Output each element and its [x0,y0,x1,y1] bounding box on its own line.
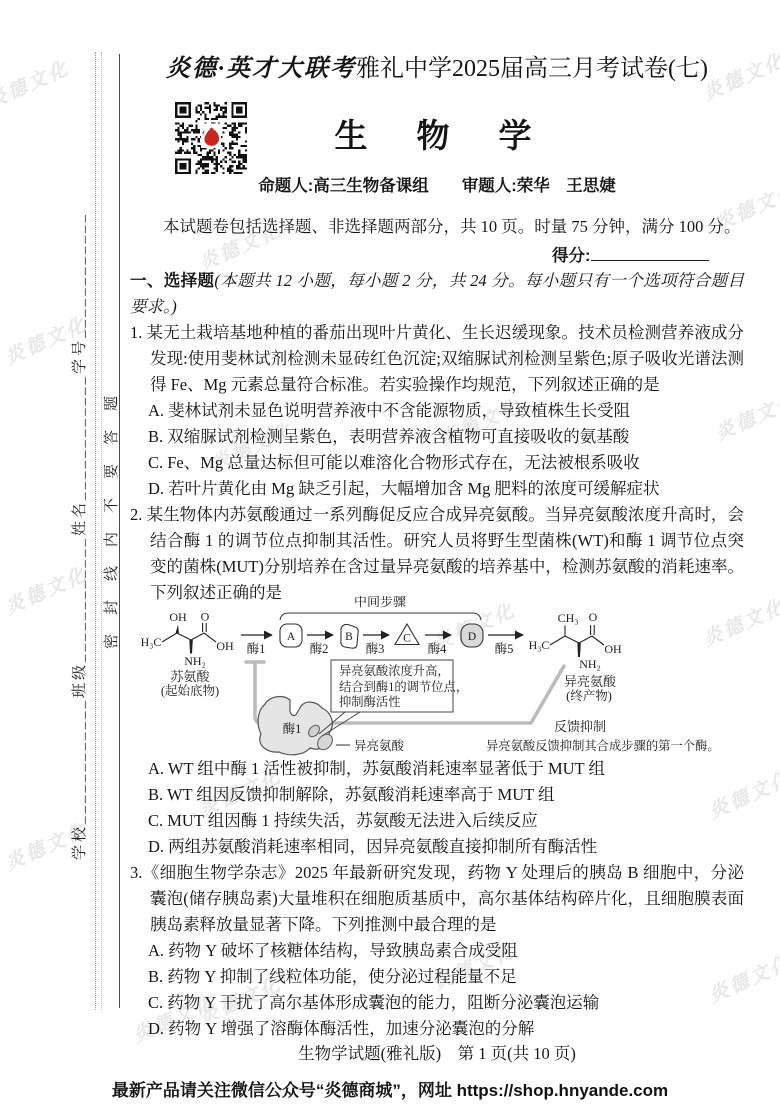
enzyme1-blob-label: 酶1 [283,721,302,736]
callout-line: 抑制酶活性 [339,694,401,709]
promo-link[interactable]: https://shop.hnyande.com [457,1081,669,1100]
page-footer: 生物学试题(雅礼版) 第 1 页(共 10 页) [130,1040,744,1064]
question-number: 2. [130,505,142,524]
atom-label: OH [216,639,234,653]
atom-label: O [589,610,598,624]
atom-label: OH [169,610,187,624]
intermediate-label: C [403,633,411,645]
subject-title: 生 物 学 [130,110,744,157]
question-stem: 2. 某生物体内苏氨酸通过一系列酶促反应合成异亮氨酸。当异亮氨酸浓度升高时，会结… [130,502,744,606]
pathway-diagram: 中间步骤 OH O H₃C OH NH₂ 苏氨酸 (起始底 [130,606,744,756]
question-1: 1. 某无土栽培基地种植的番茄出现叶片黄化、生长迟缓现象。技术员检测营养液成分发… [130,320,744,502]
question-column: 一、选择题(本题共 12 小题，每小题 2 分，共 24 分。每小题只有一个选项… [130,268,744,1042]
enzyme-label: 酶5 [495,641,514,656]
ligand-label: 异亮氨酸 [354,739,405,753]
watermark: 炎德文化 [0,53,74,113]
product-name: 异亮氨酸 [564,674,617,689]
enzyme-label: 酶4 [428,641,448,656]
score-blank [591,245,709,261]
exam-intro: 本试题卷包括选择题、非选择题两部分，共 10 页。时量 75 分钟，满分 100… [130,213,770,237]
option-b: B. 药物 Y 抑制了线粒体功能，使分泌过程能量不足 [130,964,744,990]
option-d: D. 若叶片黄化由 Mg 缺乏引起，大幅增加含 Mg 肥料的浓度可缓解症状 [130,476,744,502]
exam-title-rest: 雅礼中学2025届高三月考试卷(七) [356,56,708,82]
enzyme-label: 酶2 [310,641,329,656]
mid-steps-brace [280,613,481,620]
section-note: (本题共 12 小题，每小题 2 分，共 24 分。每小题只有一个选项符合题目要… [130,271,744,316]
atom-label: NH₂ [579,657,601,671]
promo-line: 最新产品请关注微信公众号“炎德商城”，网址 https://shop.hnyan… [0,1076,780,1101]
callout-line: 结合到酶1的调节位点， [339,679,468,694]
seal-warning-text: 密封线内不要答题 [101,368,123,658]
product-role: (终产物) [566,688,612,703]
score-box: 得分: [552,242,709,266]
option-d: D. 药物 Y 增强了溶酶体酶活性，加速分泌囊泡的分解 [130,1016,744,1042]
atom-label: CH₃ [558,611,579,625]
question-text: 《细胞生物学杂志》2025 年最新研究发现，药物 Y 处理后的胰岛 B 细胞中，… [142,863,744,934]
option-c: C. MUT 组因酶 1 持续失活，苏氨酸无法进入后续反应 [130,808,744,834]
promo-text: 最新产品请关注微信公众号“炎德商城”，网址 [112,1081,457,1100]
score-label: 得分: [552,247,591,265]
question-text: 某生物体内苏氨酸通过一系列酶促反应合成异亮氨酸。当异亮氨酸浓度升高时，会结合酶 … [147,505,744,602]
student-info-fields: 学校____________班级____________姓名__________… [69,206,91,866]
option-a: A. 斐林试剂未显色说明营养液中不含能源物质，导致植株生长受阻 [130,398,744,424]
atom-label: OH [604,642,622,656]
atom-label: H₃C [141,635,162,649]
substrate-name: 苏氨酸 [170,669,210,684]
option-b: B. WT 组因反馈抑制解除，苏氨酸消耗速率高于 MUT 组 [130,782,744,808]
option-b: B. 双缩脲试剂检测呈紫色，表明营养液含植物可直接吸收的氨基酸 [130,424,744,450]
option-d: D. 两组苏氨酸消耗速率相同，因异亮氨酸直接抑制所有酶活性 [130,834,744,860]
callout-line: 异亮氨酸浓度升高， [339,663,450,678]
substrate-structure [162,623,216,654]
intermediate-label: D [468,631,476,643]
atom-label: H₃C [529,638,550,652]
question-text: 某无土栽培基地种植的番茄出现叶片黄化、生长迟缓现象。技术员检测营养液成分发现:使… [147,323,744,394]
option-c: C. 药物 Y 干扰了高尔基体形成囊泡的能力，阻断分泌囊泡运输 [130,990,744,1016]
atom-label: O [201,610,210,624]
mid-steps-label: 中间步骤 [354,596,406,609]
feedback-label: 反馈抑制 [554,719,606,734]
question-stem: 1. 某无土栽培基地种植的番茄出现叶片黄化、生长迟缓现象。技术员检测营养液成分发… [130,320,744,398]
question-3: 3.《细胞生物学杂志》2025 年最新研究发现，药物 Y 处理后的胰岛 B 细胞… [130,860,744,1042]
feedback-note: 异亮氨酸反馈抑制其合成步骤的第一个酶。 [486,738,720,753]
intermediate-label: A [287,631,296,643]
seal-dotted-line [95,52,96,1010]
question-2: 2. 某生物体内苏氨酸通过一系列酶促反应合成异亮氨酸。当异亮氨酸浓度升高时，会结… [130,502,744,860]
question-number: 3. [130,863,142,882]
atom-label: NH₂ [184,654,206,668]
substrate-role: (起始底物) [161,683,219,698]
exam-series: 炎德·英才大联考 [166,56,356,82]
option-c: C. Fe、Mg 总量达标但可能以难溶化合物形式存在，无法被根系吸收 [130,450,744,476]
enzyme-label: 酶3 [366,641,385,656]
exam-title: 炎德·英才大联考雅礼中学2025届高三月考试卷(七) [130,48,744,83]
authors-line: 命题人:高三生物备课组 审题人:荣华 王思婕 [130,172,744,196]
section-title: 一、选择题 [130,271,214,290]
intermediate-label: B [345,631,353,643]
option-a: A. 药物 Y 破坏了核糖体结构，导致胰岛素合成受阻 [130,938,744,964]
section-heading: 一、选择题(本题共 12 小题，每小题 2 分，共 24 分。每小题只有一个选项… [130,268,744,320]
enzyme-label: 酶1 [247,641,266,656]
product-structure [550,625,604,657]
question-stem: 3.《细胞生物学杂志》2025 年最新研究发现，药物 Y 处理后的胰岛 B 细胞… [130,860,744,938]
question-number: 1. [130,323,142,342]
